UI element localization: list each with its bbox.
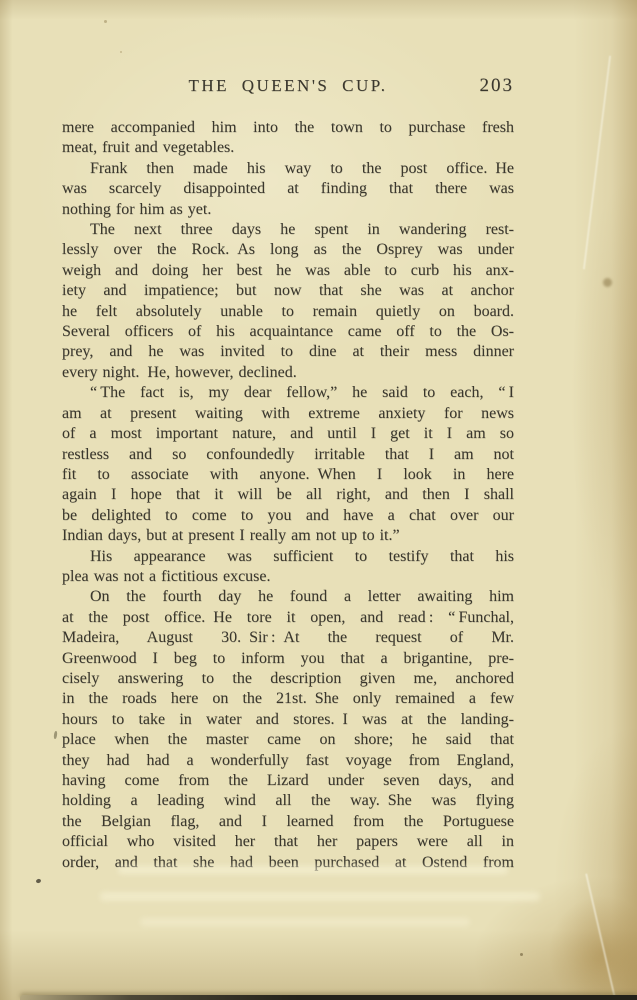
- running-header: THE QUEEN'S CUP. 203: [62, 76, 514, 100]
- paragraph: Frank then made his way to the post offi…: [62, 159, 514, 220]
- text-line: fit to associate with anyone. When I loo…: [62, 465, 514, 485]
- text-line: Several officers of his acquaintance cam…: [62, 322, 514, 342]
- text-line: mere accompanied him into the town to pu…: [62, 118, 514, 138]
- page-number: 203: [480, 75, 515, 97]
- text-line: His appearance was sufficient to testify…: [62, 547, 514, 567]
- text-line: place when the master came on shore; he …: [62, 730, 514, 750]
- text-line: Frank then made his way to the post offi…: [62, 159, 514, 179]
- text-line: he felt absolutely unable to remain quie…: [62, 302, 514, 322]
- text-line: they had had a wonderfully fast voyage f…: [62, 751, 514, 771]
- text-line: prey, and he was invited to dine at thei…: [62, 342, 514, 362]
- text-line: every night. He, however, declined.: [62, 363, 514, 383]
- text-line: again I hope that it will be all right, …: [62, 485, 514, 505]
- ink-speck: [603, 278, 612, 287]
- page-bottom-edge-shadow: [20, 995, 637, 1000]
- text-line: iety and impatience; but now that she wa…: [62, 281, 514, 301]
- text-line: meat, fruit and vegetables.: [62, 138, 514, 158]
- text-line: “ The fact is, my dear fellow,” he said …: [62, 383, 514, 403]
- page-title: THE QUEEN'S CUP.: [62, 76, 514, 96]
- text-line: Indian days, but at present I really am …: [62, 526, 514, 546]
- paper-crease: [585, 873, 617, 1000]
- paragraph: mere accompanied him into the town to pu…: [62, 118, 514, 159]
- show-through-streak: [100, 892, 540, 901]
- text-line: the Belgian flag, and I learned from the…: [62, 812, 514, 832]
- ink-speck: [35, 878, 41, 883]
- text-line: official who visited her that her papers…: [62, 832, 514, 852]
- paragraph: On the fourth day he found a letter awai…: [62, 587, 514, 873]
- page-body: mere accompanied him into the town to pu…: [62, 118, 514, 873]
- text-line: of a most important nature, and until I …: [62, 424, 514, 444]
- paragraph: “ The fact is, my dear fellow,” he said …: [62, 383, 514, 546]
- ink-speck: [104, 20, 107, 23]
- text-line: Madeira, August 30. Sir : At the request…: [62, 628, 514, 648]
- text-line: restless and so confoundedly irritable t…: [62, 445, 514, 465]
- text-line: order, and that she had been purchased a…: [62, 853, 514, 873]
- text-line: On the fourth day he found a letter awai…: [62, 587, 514, 607]
- text-line: in the roads here on the 21st. She only …: [62, 689, 514, 709]
- text-line: The next three days he spent in wanderin…: [62, 220, 514, 240]
- paper-crease: [583, 56, 611, 270]
- text-line: cisely answering to the description give…: [62, 669, 514, 689]
- paragraph: His appearance was sufficient to testify…: [62, 547, 514, 588]
- show-through-streak: [140, 918, 470, 926]
- text-line: weigh and doing her best he was able to …: [62, 261, 514, 281]
- corner-stain: [548, 895, 637, 1000]
- text-line: Greenwood I beg to inform you that a bri…: [62, 649, 514, 669]
- ink-speck: [520, 953, 523, 956]
- text-line: nothing for him as yet.: [62, 200, 514, 220]
- paragraph: The next three days he spent in wanderin…: [62, 220, 514, 383]
- text-line: hours to take in water and stores. I was…: [62, 710, 514, 730]
- ink-speck: [120, 51, 122, 53]
- text-line: plea was not a fictitious excuse.: [62, 567, 514, 587]
- margin-mark: [53, 731, 57, 739]
- text-line: be delighted to come to you and have a c…: [62, 506, 514, 526]
- text-line: at the post office. He tore it open, and…: [62, 608, 514, 628]
- text-line: am at present waiting with extreme anxie…: [62, 404, 514, 424]
- text-line: having come from the Lizard under seven …: [62, 771, 514, 791]
- text-line: lessly over the Rock. As long as the Osp…: [62, 240, 514, 260]
- book-page-scan: THE QUEEN'S CUP. 203 mere accompanied hi…: [0, 0, 637, 1000]
- text-line: was scarcely disappointed at finding tha…: [62, 179, 514, 199]
- text-line: holding a leading wind all the way. She …: [62, 791, 514, 811]
